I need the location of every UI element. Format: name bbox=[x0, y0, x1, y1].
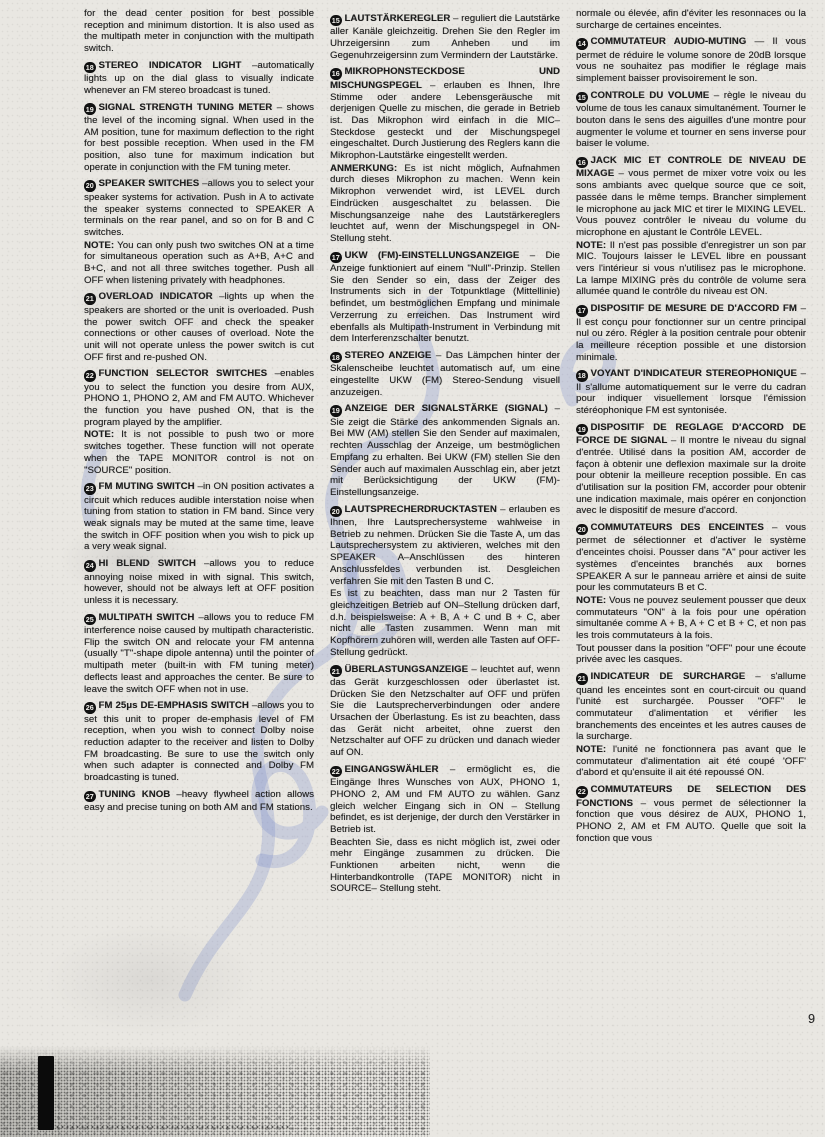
item-body: – leuchtet auf, wenn das Gerät kurzgesch… bbox=[330, 664, 560, 759]
item-title: ANZEIGE DER SIGNALSTÄRKE (SIGNAL) bbox=[345, 403, 555, 414]
item-english-25: 25MULTIPATH SWITCH –allows you to reduce… bbox=[84, 612, 314, 696]
item-german-16: 16MIKROPHONSTECKDOSE UND MISCHUNGSPEGEL … bbox=[330, 66, 560, 161]
column-german: 15LAUTSTÄRKEREGLER – reguliert die Lauts… bbox=[330, 8, 560, 896]
item-english-22: 22FUNCTION SELECTOR SWITCHES –enables yo… bbox=[84, 368, 314, 428]
item-english-27: 27TUNING KNOB –heavy flywheel action all… bbox=[84, 789, 314, 814]
scan-dotted-line-artifact bbox=[55, 1125, 290, 1130]
item-title: VOYANT D'INDICATEUR STEREOPHONIQUE bbox=[591, 368, 801, 379]
note-label: NOTE: bbox=[576, 240, 610, 251]
item-french-20: 20COMMUTATEURS DES ENCEINTES – vous perm… bbox=[576, 522, 806, 594]
item-body: – erlauben es Ihnen, Ihre Lautsprechersy… bbox=[330, 504, 560, 587]
item-body: –allows you to set this unit to proper d… bbox=[84, 700, 314, 783]
item-title: TUNING KNOB bbox=[99, 789, 177, 800]
item-title: DISPOSITIF DE MESURE DE D'ACCORD FM bbox=[591, 303, 801, 314]
item-title: INDICATEUR DE SURCHARGE bbox=[591, 671, 756, 682]
item-english-19: 19SIGNAL STRENGTH TUNING METER – shows t… bbox=[84, 102, 314, 174]
item-title: OVERLOAD INDICATOR bbox=[99, 291, 220, 302]
item-number-badge: 20 bbox=[576, 524, 588, 536]
item-title: FUNCTION SELECTOR SWITCHES bbox=[99, 368, 275, 379]
item-title: FM MUTING SWITCH bbox=[99, 481, 198, 492]
item-number-badge: 21 bbox=[330, 665, 342, 677]
item-number-badge: 21 bbox=[576, 673, 588, 685]
item-english-24: 24HI BLEND SWITCH –allows you to reduce … bbox=[84, 558, 314, 606]
item-title: FM 25μs DE-EMPHASIS SWITCH bbox=[99, 700, 252, 711]
item-body: – Die Anzeige funktioniert auf einem "Nu… bbox=[330, 250, 560, 345]
scan-black-bar-artifact bbox=[38, 1056, 54, 1130]
item-title: COMMUTATEUR AUDIO-MUTING bbox=[591, 36, 755, 47]
paragraph: Es ist zu beachten, dass man nur 2 Taste… bbox=[330, 588, 560, 658]
item-number-badge: 23 bbox=[84, 483, 96, 495]
continuation-paragraph: normale ou élevée, afin d'éviter les res… bbox=[576, 8, 806, 31]
note-body: You can only push two switches ON at a t… bbox=[84, 240, 314, 286]
item-german-17: 17UKW (FM)-EINSTELLUNGSANZEIGE – Die Anz… bbox=[330, 250, 560, 345]
item-german-20: 20LAUTSPRECHERDRUCKTASTEN – erlauben es … bbox=[330, 504, 560, 588]
item-number-badge: 25 bbox=[84, 614, 96, 626]
note-paragraph: NOTE: It is not possible to push two or … bbox=[84, 429, 314, 476]
item-title: MULTIPATH SWITCH bbox=[99, 612, 199, 623]
note-label: ANMERKUNG: bbox=[330, 163, 404, 174]
item-number-badge: 15 bbox=[576, 92, 588, 104]
item-number-badge: 20 bbox=[330, 506, 342, 518]
item-number-badge: 19 bbox=[576, 424, 588, 436]
item-french-22: 22COMMUTATEURS DE SELECTION DES FONCTION… bbox=[576, 784, 806, 844]
item-french-19: 19DISPOSITIF DE REGLAGE D'ACCORD DE FORC… bbox=[576, 422, 806, 517]
item-title: STEREO INDICATOR LIGHT bbox=[99, 60, 252, 71]
item-number-badge: 27 bbox=[84, 791, 96, 803]
item-number-badge: 16 bbox=[576, 157, 588, 169]
item-french-21: 21INDICATEUR DE SURCHARGE – s'allume qua… bbox=[576, 671, 806, 743]
item-english-18: 18STEREO INDICATOR LIGHT –automatically … bbox=[84, 60, 314, 97]
item-number-badge: 21 bbox=[84, 293, 96, 305]
item-title: LAUTSTÄRKEREGLER bbox=[345, 13, 454, 24]
item-german-19: 19ANZEIGE DER SIGNALSTÄRKE (SIGNAL) – Si… bbox=[330, 403, 560, 498]
item-title: ÜBERLASTUNGSANZEIGE bbox=[345, 664, 472, 675]
note-paragraph: NOTE: You can only push two switches ON … bbox=[84, 240, 314, 287]
item-body: – Sie zeigt die Stärke des ankommenden S… bbox=[330, 403, 560, 498]
item-title: LAUTSPRECHERDRUCKTASTEN bbox=[345, 504, 501, 515]
item-english-23: 23FM MUTING SWITCH –in ON position activ… bbox=[84, 481, 314, 553]
item-french-14: 14COMMUTATEUR AUDIO-MUTING — Il vous per… bbox=[576, 36, 806, 84]
item-number-badge: 16 bbox=[330, 68, 342, 80]
note-label: NOTE: bbox=[84, 240, 117, 251]
item-german-21: 21ÜBERLASTUNGSANZEIGE – leuchtet auf, we… bbox=[330, 664, 560, 759]
item-french-18: 18VOYANT D'INDICATEUR STEREOPHONIQUE – I… bbox=[576, 368, 806, 416]
item-number-badge: 19 bbox=[330, 405, 342, 417]
note-label: NOTE: bbox=[576, 744, 613, 755]
item-number-badge: 14 bbox=[576, 38, 588, 50]
item-number-badge: 20 bbox=[84, 180, 96, 192]
item-body: – erlauben es Ihnen, Ihre Stimme oder an… bbox=[330, 80, 560, 161]
item-number-badge: 18 bbox=[576, 370, 588, 382]
item-title: CONTROLE DU VOLUME bbox=[591, 90, 714, 101]
note-paragraph: NOTE: Il n'est pas possible d'enregistre… bbox=[576, 240, 806, 299]
note-label: NOTE: bbox=[84, 429, 121, 440]
item-number-badge: 18 bbox=[84, 62, 96, 74]
item-german-15: 15LAUTSTÄRKEREGLER – reguliert die Lauts… bbox=[330, 13, 560, 61]
item-number-badge: 26 bbox=[84, 702, 96, 714]
item-title: UKW (FM)-EINSTELLUNGSANZEIGE bbox=[345, 250, 530, 261]
item-number-badge: 22 bbox=[84, 370, 96, 382]
note-paragraph: NOTE: Vous ne pouvez seulement pousser q… bbox=[576, 595, 806, 642]
item-number-badge: 18 bbox=[330, 352, 342, 364]
scanned-manual-page: for the dead center position for best po… bbox=[0, 0, 825, 1137]
note-body: Vous ne pouvez seulement pousser que deu… bbox=[576, 595, 806, 641]
item-number-badge: 19 bbox=[84, 103, 96, 115]
paragraph: Beachten Sie, dass es nicht möglich ist,… bbox=[330, 837, 560, 896]
page-number: 9 bbox=[808, 1012, 815, 1026]
note-body: Il n'est pas possible d'enregistrer un s… bbox=[576, 240, 806, 298]
item-body: –allows you to reduce FM interference no… bbox=[84, 612, 314, 695]
item-number-badge: 24 bbox=[84, 560, 96, 572]
item-title: SPEAKER SWITCHES bbox=[99, 178, 203, 189]
note-paragraph: NOTE: l'unité ne fonctionnera pas avant … bbox=[576, 744, 806, 779]
paragraph: Tout pousser dans la position "OFF" pour… bbox=[576, 643, 806, 666]
item-body: – Il montre le niveau du signal d'entrée… bbox=[576, 435, 806, 516]
item-number-badge: 17 bbox=[330, 252, 342, 264]
item-number-badge: 22 bbox=[576, 786, 588, 798]
item-french-15: 15CONTROLE DU VOLUME – règle le niveau d… bbox=[576, 90, 806, 150]
note-body: Es ist nicht möglich, Aufnahmen durch di… bbox=[330, 163, 560, 244]
item-english-26: 26FM 25μs DE-EMPHASIS SWITCH –allows you… bbox=[84, 700, 314, 784]
scan-noise-artifact bbox=[0, 1046, 430, 1137]
item-german-22: 22EINGANGSWÄHLER – ermöglicht es, die Ei… bbox=[330, 764, 560, 836]
content-columns: for the dead center position for best po… bbox=[84, 8, 806, 896]
item-french-17: 17DISPOSITIF DE MESURE DE D'ACCORD FM – … bbox=[576, 303, 806, 363]
note-label: NOTE: bbox=[576, 595, 609, 606]
column-french: normale ou élevée, afin d'éviter les res… bbox=[576, 8, 806, 896]
item-title: SIGNAL STRENGTH TUNING METER bbox=[99, 102, 277, 113]
item-title: COMMUTATEURS DES ENCEINTES bbox=[591, 522, 772, 533]
item-french-16: 16JACK MIC ET CONTROLE DE NIVEAU DE MIXA… bbox=[576, 155, 806, 239]
item-english-20: 20SPEAKER SWITCHES –allows you to select… bbox=[84, 178, 314, 238]
note-paragraph: ANMERKUNG: Es ist nicht möglich, Aufnahm… bbox=[330, 163, 560, 245]
item-german-18: 18STEREO ANZEIGE – Das Lämpchen hinter d… bbox=[330, 350, 560, 398]
item-title: HI BLEND SWITCH bbox=[99, 558, 204, 569]
continuation-paragraph: for the dead center position for best po… bbox=[84, 8, 314, 55]
item-number-badge: 15 bbox=[330, 15, 342, 27]
column-english: for the dead center position for best po… bbox=[84, 8, 314, 896]
item-number-badge: 17 bbox=[576, 305, 588, 317]
item-english-21: 21OVERLOAD INDICATOR –lights up when the… bbox=[84, 291, 314, 363]
item-title: EINGANGSWÄHLER bbox=[345, 764, 450, 775]
item-number-badge: 22 bbox=[330, 766, 342, 778]
item-title: STEREO ANZEIGE bbox=[345, 350, 436, 361]
